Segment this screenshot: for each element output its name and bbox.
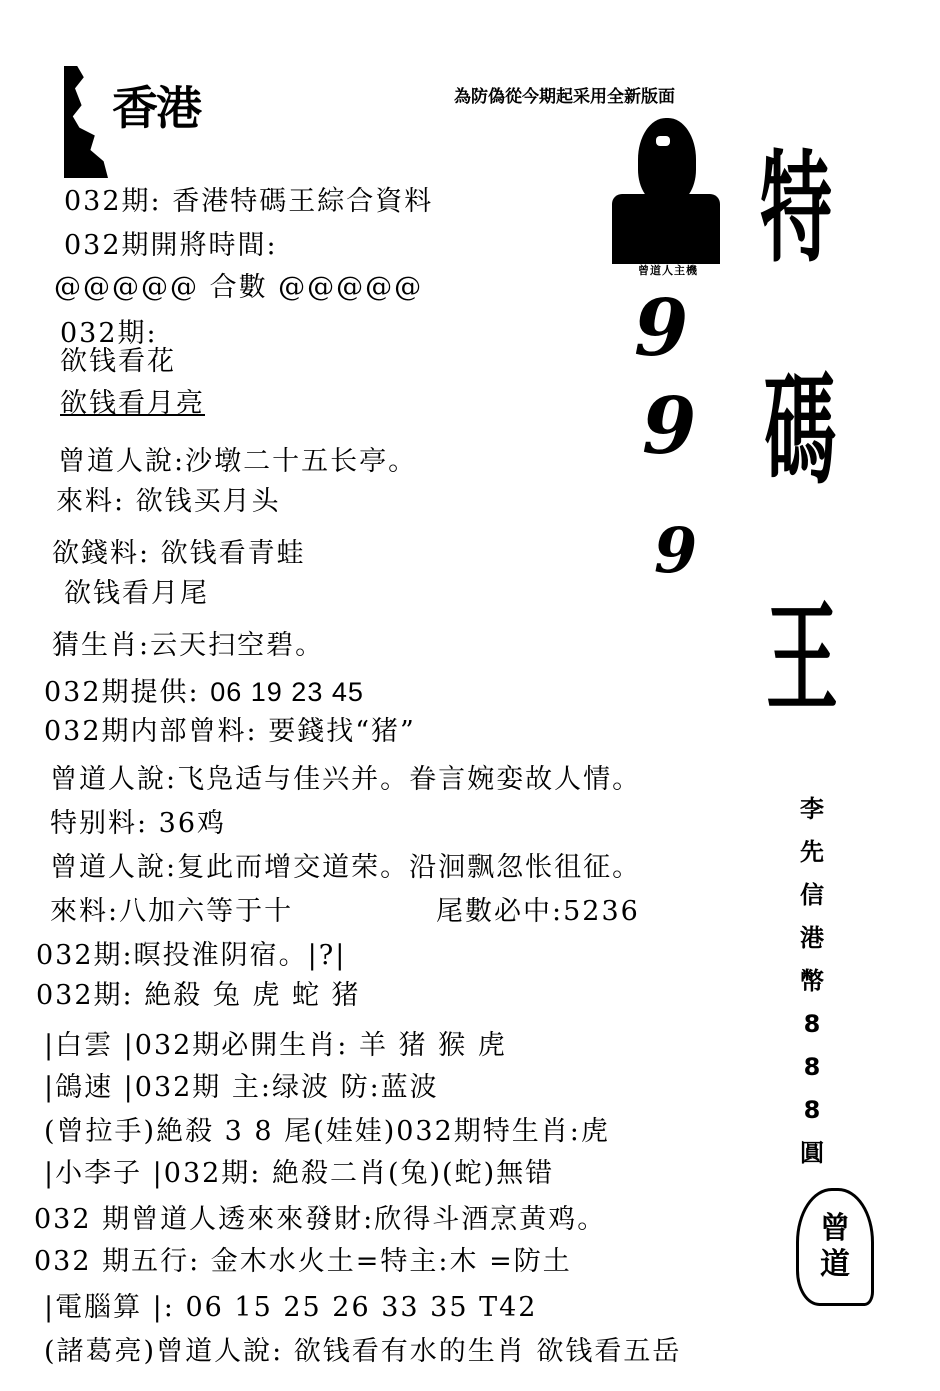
line-zhuge-liang: (諸葛亮)曾道人說: 欲钱看有水的生肖 欲钱看五岳 (44, 1336, 681, 1368)
line-source-2: 來料:八加六等于十 (50, 896, 293, 928)
line-tail-number: 尾數必中:5236 (436, 896, 640, 928)
vertical-char: 8 (792, 1089, 832, 1132)
line-internal-material: 032期内部曾料: 要錢找“猪” (44, 716, 416, 748)
line-guess-zodiac: 猜生肖:云天扫空碧。 (52, 630, 324, 662)
vertical-slogan: 李 先 信 港 幣 8 8 8 圓 (792, 788, 832, 1175)
decorative-nine-3: 9 (654, 520, 697, 582)
line-title: 032期: 香港特碼王綜合資料 (64, 186, 433, 218)
line-source-1: 來料: 欲钱买月头 (56, 486, 281, 518)
portrait-caption: 曾道人主機 (616, 262, 720, 278)
line-computer-calc: |電腦算 |: 06 15 25 26 33 35 T42 (44, 1292, 537, 1324)
line-zeng-says-3: 曾道人說:复此而增交道荣。沿洄飘忽怅徂征。 (50, 852, 641, 884)
portrait-image: 曾道人主機 (612, 118, 720, 274)
line-five-elements: 032 期五行: 金木水火土=特主:木 =防土 (34, 1246, 572, 1278)
logo-text: 香港 (112, 72, 200, 138)
line-hint-month-end: 欲钱看月尾 (64, 578, 209, 610)
anti-counterfeit-notice: 為防偽從今期起采用全新版面 (454, 82, 675, 107)
decorative-nine-2: 9 (642, 388, 696, 466)
line-hint-flower: 欲钱看花 (60, 346, 176, 378)
title-char-ma: 碼 (764, 372, 836, 492)
vertical-char: 先 (792, 831, 832, 874)
line-hint-moon: 欲钱看月亮 (60, 388, 205, 420)
line-kill-zodiacs: 032期: 絶殺 兔 虎 蛇 猪 (36, 980, 361, 1012)
line-zeng-lashou: (曾拉手)絶殺 3 8 尾(娃娃)032期特生肖:虎 (44, 1116, 610, 1148)
decorative-nine-1: 9 (634, 290, 688, 368)
seal-char: 道 (820, 1247, 850, 1283)
provided-label: 032期提供: (44, 677, 200, 708)
title-char-wang: 王 (766, 600, 838, 720)
title-char-te: 特 (760, 150, 832, 270)
vertical-char: 李 (792, 788, 832, 831)
line-baiyun-zodiacs: |白雲 |032期必開生肖: 羊 猪 猴 虎 (44, 1030, 507, 1062)
seal-char: 曾 (820, 1211, 850, 1247)
line-xiao-lizi: |小李子 |032期: 絶殺二肖(兔)(蛇)無错 (44, 1158, 554, 1190)
line-money-material: 欲錢料: 欲钱看青蛙 (52, 538, 306, 570)
line-combined-number: @@@@@ 合數 @@@@@ (54, 272, 423, 304)
line-pigeon-waves: |鴿速 |032期 主:绿波 防:蓝波 (44, 1072, 439, 1104)
line-zeng-says-1: 曾道人說:沙墩二十五长亭。 (58, 446, 417, 478)
vertical-char: 8 (792, 1046, 832, 1089)
zeng-dao-seal: 曾 道 (796, 1188, 874, 1306)
vertical-char: 圓 (792, 1132, 832, 1175)
vertical-char: 8 (792, 1003, 832, 1046)
line-draw-time: 032期開將時間: (64, 230, 278, 262)
vertical-char: 信 (792, 874, 832, 917)
line-zeng-says-2: 曾道人說:飞凫适与佳兴并。眷言婉娈故人情。 (50, 764, 641, 796)
line-zeng-fortune: 032 期曾道人透來來發財:欣得斗酒烹黄鸡。 (34, 1204, 606, 1236)
portrait-head (638, 118, 696, 204)
portrait-highlight (656, 136, 670, 146)
logo-graphic (64, 66, 108, 178)
vertical-char: 港 (792, 917, 832, 960)
provided-numbers: 06 19 23 45 (210, 677, 364, 707)
portrait-shoulders (612, 194, 720, 264)
line-riddle: 032期:暝投淮阴宿。|?| (36, 940, 346, 972)
line-special-material: 特别料: 36鸡 (50, 808, 226, 840)
line-provided-numbers: 032期提供: 06 19 23 45 (44, 676, 364, 709)
vertical-char: 幣 (792, 960, 832, 1003)
